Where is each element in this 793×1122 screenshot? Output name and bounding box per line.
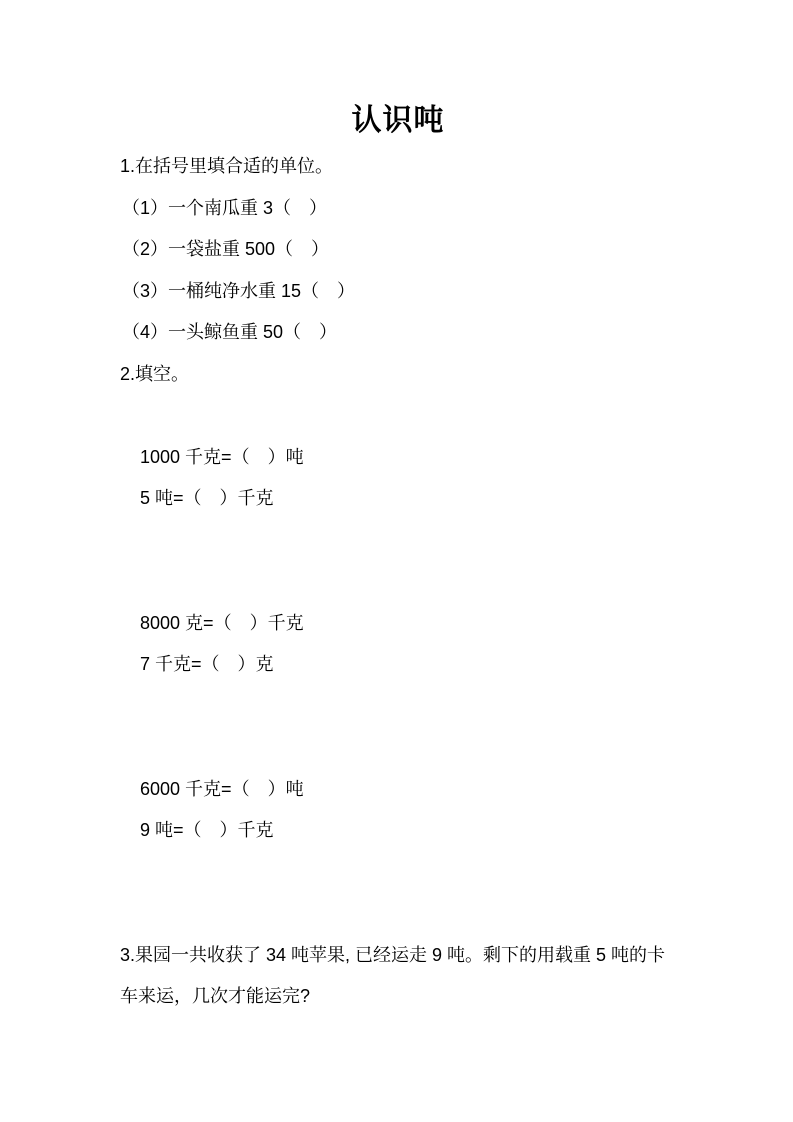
conversion-right: 7 千克=（ ）克 <box>140 654 274 674</box>
worksheet-page: 认识吨 1.在括号里填合适的单位。 （1）一个南瓜重 3（ ） （2）一袋盐重 … <box>0 0 793 1122</box>
conversion-left: 6000 千克=（ ）吨 <box>140 769 357 811</box>
blank-line <box>120 893 676 935</box>
page-title: 认识吨 <box>120 100 676 141</box>
conversion-row-2: 8000 克=（ ）千克 7 千克=（ ）克 <box>120 561 676 727</box>
conversion-right: 9 吨=（ ）千克 <box>140 820 274 840</box>
conversion-left: 1000 千克=（ ）吨 <box>140 437 357 479</box>
fill-unit-item-4: （4）一头鲸鱼重 50（ ） <box>120 312 676 354</box>
word-problem-line-2: 车来运，几次才能运完? <box>120 976 676 1018</box>
section1-heading: 1.在括号里填合适的单位。 <box>120 146 676 188</box>
conversion-row-3: 6000 千克=（ ）吨 9 吨=（ ）千克 <box>120 727 676 893</box>
conversion-left: 8000 克=（ ）千克 <box>140 603 357 645</box>
section2-heading: 2.填空。 <box>120 354 676 396</box>
word-problem-line-1: 3.果园一共收获了 34 吨苹果, 已经运走 9 吨。剩下的用载重 5 吨的卡 <box>120 935 676 977</box>
conversion-row-1: 1000 千克=（ ）吨 5 吨=（ ）千克 <box>120 395 676 561</box>
fill-unit-item-1: （1）一个南瓜重 3（ ） <box>120 188 676 230</box>
fill-unit-item-2: （2）一袋盐重 500（ ） <box>120 229 676 271</box>
conversion-right: 5 吨=（ ）千克 <box>140 488 274 508</box>
fill-unit-item-3: （3）一桶纯净水重 15（ ） <box>120 271 676 313</box>
